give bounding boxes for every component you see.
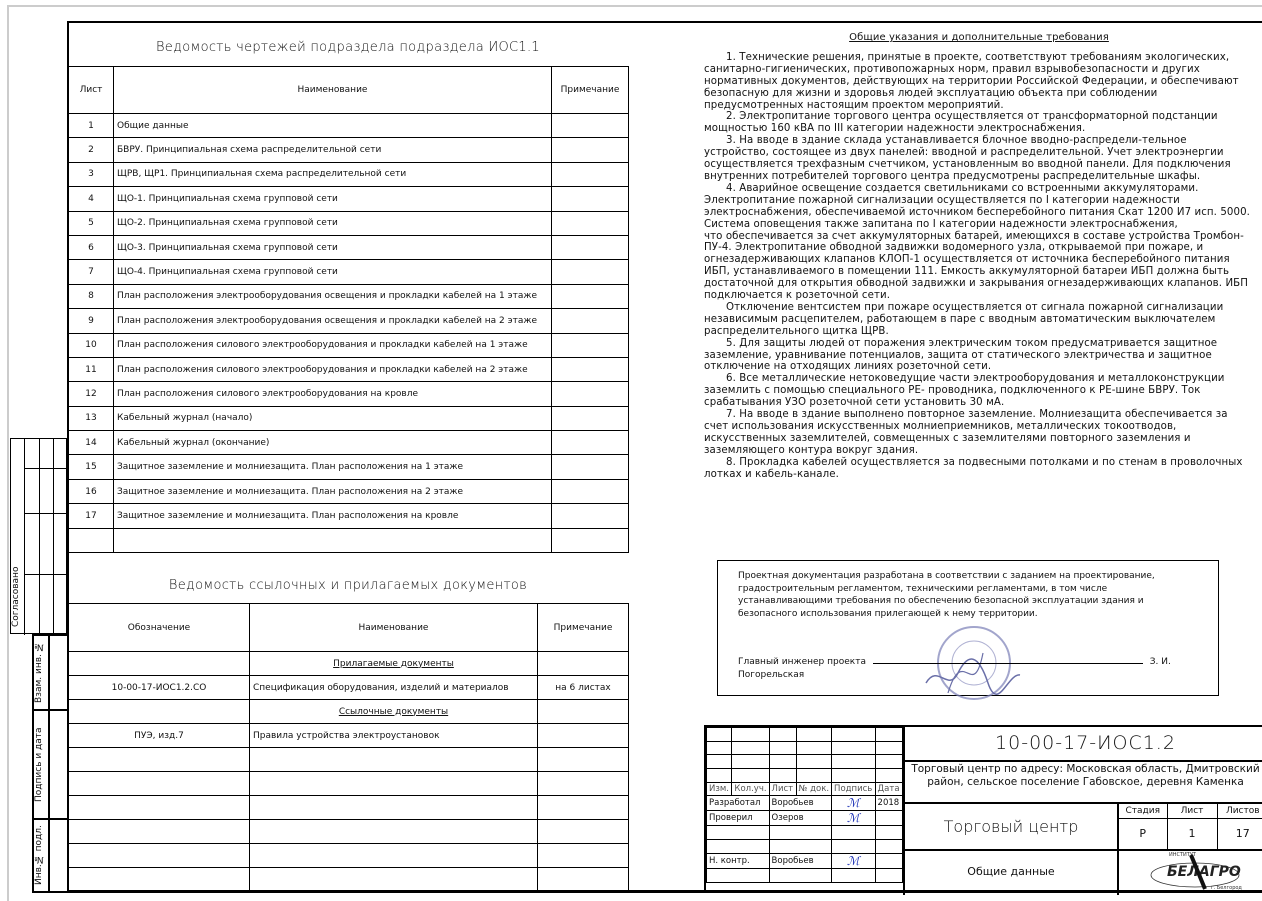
project-address: Торговый центр по адресу: Московская обл… bbox=[905, 760, 1262, 804]
doc-note bbox=[538, 700, 629, 724]
col-header-name: Наименование bbox=[114, 67, 552, 114]
sheet-number bbox=[69, 528, 114, 552]
sheet-number: 11 bbox=[69, 357, 114, 381]
signoff-date bbox=[875, 840, 902, 854]
drawing-note bbox=[552, 260, 629, 284]
doc-code bbox=[69, 844, 250, 868]
doc-code: 10-00-17-ИОС1.2.СО bbox=[69, 676, 250, 700]
drawing-note bbox=[552, 357, 629, 381]
drawing-note bbox=[552, 284, 629, 308]
sign-date-label: Подпись и дата bbox=[34, 711, 48, 818]
general-notes: Общие указания и дополнительные требован… bbox=[704, 32, 1254, 481]
revision-header: Кол.уч. bbox=[732, 782, 769, 796]
doc-note bbox=[538, 844, 629, 868]
drawing-note bbox=[552, 455, 629, 479]
signoff-name: Озеров bbox=[769, 811, 832, 826]
signoff-date bbox=[875, 853, 902, 868]
sheet-number: 14 bbox=[69, 431, 114, 455]
signoff-role: Н. контр. bbox=[707, 853, 770, 868]
table-row: Ссылочные документы bbox=[69, 700, 629, 724]
signoff-name: Воробьев bbox=[769, 796, 832, 811]
table-row: 14Кабельный журнал (окончание) bbox=[69, 431, 629, 455]
table-row: 13Кабельный журнал (начало) bbox=[69, 406, 629, 430]
signature-icon: ℳ bbox=[832, 811, 875, 826]
signature-cell bbox=[832, 826, 875, 840]
doc-note bbox=[538, 724, 629, 748]
svg-text:г. Белгород: г. Белгород bbox=[1211, 885, 1242, 891]
drawing-note bbox=[552, 382, 629, 406]
table-row: 2БВРУ. Принципиальная схема распределите… bbox=[69, 138, 629, 162]
doc-name bbox=[250, 748, 538, 772]
drawing-name: БВРУ. Принципиальная схема распределител… bbox=[114, 138, 552, 162]
sheet-number: 7 bbox=[69, 260, 114, 284]
table-row: 6ЩО-3. Принципиальная схема групповой се… bbox=[69, 235, 629, 259]
signoff-name bbox=[769, 826, 832, 840]
drawing-name: ЩО-3. Принципиальная схема групповой сет… bbox=[114, 235, 552, 259]
signoff-role bbox=[707, 826, 770, 840]
signoff-row: Н. контр.Воробьевℳ bbox=[707, 853, 903, 868]
drawing-note bbox=[552, 235, 629, 259]
table-row bbox=[69, 844, 629, 868]
doc-note bbox=[538, 748, 629, 772]
sheet-number: 16 bbox=[69, 479, 114, 503]
signoff-row: ПроверилОзеровℳ bbox=[707, 811, 903, 826]
table-row: 9План расположения электрооборудования о… bbox=[69, 309, 629, 333]
doc-code bbox=[69, 820, 250, 844]
table-row bbox=[69, 748, 629, 772]
drawing-name bbox=[114, 528, 552, 552]
side-stamp: Согласовано Взам. инв. № Подпись и дата … bbox=[10, 438, 67, 893]
doc-note: на 6 листах bbox=[538, 676, 629, 700]
table-row: ПУЭ, изд.7Правила устройства электроуста… bbox=[69, 724, 629, 748]
col-header-note: Примечание bbox=[538, 604, 629, 652]
signer-line: Главный инженер проекта З. И. Погорельск… bbox=[738, 656, 1218, 681]
title-block: Изм.Кол.уч.Лист№ док.ПодписьДатаРазработ… bbox=[704, 725, 1262, 893]
doc-note bbox=[538, 772, 629, 796]
object-name: Торговый центр bbox=[905, 804, 1117, 851]
signature-cell bbox=[832, 840, 875, 854]
note-paragraph: 3. На вводе в здание склада устанавливае… bbox=[704, 135, 1254, 183]
sheet-number: 1 bbox=[69, 114, 114, 138]
doc-name: Правила устройства электроустановок bbox=[250, 724, 538, 748]
signoff-date bbox=[875, 811, 902, 826]
sheet-number: 12 bbox=[69, 382, 114, 406]
revision-header: № док. bbox=[796, 782, 831, 796]
sheet-number: 15 bbox=[69, 455, 114, 479]
doc-note bbox=[538, 796, 629, 820]
revision-header: Дата bbox=[875, 782, 902, 796]
doc-code bbox=[69, 700, 250, 724]
signoff-name: Воробьев bbox=[769, 853, 832, 868]
doc-name bbox=[250, 820, 538, 844]
doc-code bbox=[69, 748, 250, 772]
drawing-name: Общие данные bbox=[114, 114, 552, 138]
drawing-name: План расположения силового электрооборуд… bbox=[114, 382, 552, 406]
doc-note bbox=[538, 820, 629, 844]
signoff-row: РазработалВоробьевℳ2018 bbox=[707, 796, 903, 811]
doc-note bbox=[538, 868, 629, 892]
table-row: 10-00-17-ИОС1.2.СОСпецификация оборудова… bbox=[69, 676, 629, 700]
table-row bbox=[69, 820, 629, 844]
company-logo: ИНСТИТУТ БЕЛАГРО г. Белгород bbox=[1117, 849, 1262, 895]
col-header-name: Наименование bbox=[250, 604, 538, 652]
doc-name bbox=[250, 796, 538, 820]
revision-table: Изм.Кол.уч.Лист№ док.ПодписьДатаРазработ… bbox=[706, 727, 903, 883]
table-row: 15Защитное заземление и молниезащита. Пл… bbox=[69, 455, 629, 479]
table-row bbox=[69, 796, 629, 820]
drawing-note bbox=[552, 162, 629, 186]
document-code: 10-00-17-ИОС1.2 bbox=[905, 727, 1262, 762]
note-paragraph: 4. Аварийное освещение создается светиль… bbox=[704, 183, 1254, 302]
inv-replace-label: Взам. инв. № bbox=[34, 636, 48, 709]
drawing-note bbox=[552, 309, 629, 333]
sheet-header: Лист bbox=[1167, 804, 1217, 818]
signoff-date bbox=[875, 826, 902, 840]
certification-text: Проектная документация разработана в соо… bbox=[738, 570, 1183, 620]
table-row: 10План расположения силового электрообор… bbox=[69, 333, 629, 357]
table-row: 16Защитное заземление и молниезащита. Пл… bbox=[69, 479, 629, 503]
sheets-header: Листов bbox=[1217, 804, 1262, 818]
drawing-name: Защитное заземление и молниезащита. План… bbox=[114, 455, 552, 479]
note-paragraph: 2. Электропитание торгового центра осуще… bbox=[704, 111, 1254, 135]
signoff-role bbox=[707, 840, 770, 854]
table-row: 12План расположения силового электрообор… bbox=[69, 382, 629, 406]
drawing-note bbox=[552, 333, 629, 357]
table-row: 11План расположения силового электрообор… bbox=[69, 357, 629, 381]
drawing-note bbox=[552, 504, 629, 528]
table-row: 7ЩО-4. Принципиальная схема групповой се… bbox=[69, 260, 629, 284]
col-header-sheet: Лист bbox=[69, 67, 114, 114]
drawing-name: ЩО-1. Принципиальная схема групповой сет… bbox=[114, 187, 552, 211]
table-row bbox=[69, 868, 629, 892]
drawings-list-title: Ведомость чертежей подраздела подраздела… bbox=[68, 40, 628, 55]
sheet-number: 2 bbox=[69, 138, 114, 162]
col-header-code: Обозначение bbox=[69, 604, 250, 652]
sheet-number: 17 bbox=[69, 504, 114, 528]
note-paragraph: 5. Для защиты людей от поражения электри… bbox=[704, 338, 1254, 374]
signoff-row bbox=[707, 826, 903, 840]
table-row bbox=[69, 528, 629, 552]
stage-table: Стадия Лист Листов Р 1 17 bbox=[1117, 804, 1262, 851]
table-row: 5ЩО-2. Принципиальная схема групповой се… bbox=[69, 211, 629, 235]
table-row: Прилагаемые документы bbox=[69, 652, 629, 676]
signoff-row bbox=[707, 840, 903, 854]
signoff-role: Разработал bbox=[707, 796, 770, 811]
agreed-label: Согласовано bbox=[11, 559, 24, 635]
revision-header-row: Изм.Кол.уч.Лист№ док.ПодписьДата bbox=[707, 782, 903, 796]
drawings-table: Лист Наименование Примечание 1Общие данн… bbox=[68, 66, 629, 553]
table-row: 3ЩРВ, ЩР1. Принципиальная схема распреде… bbox=[69, 162, 629, 186]
notes-title: Общие указания и дополнительные требован… bbox=[704, 32, 1254, 44]
references-list-title: Ведомость ссылочных и прилагаемых докуме… bbox=[68, 578, 628, 593]
table-row: 8План расположения электрооборудования о… bbox=[69, 284, 629, 308]
sheet-number: 6 bbox=[69, 235, 114, 259]
stage-value: Р bbox=[1119, 818, 1167, 849]
drawing-name: ЩО-4. Принципиальная схема групповой сет… bbox=[114, 260, 552, 284]
col-header-note: Примечание bbox=[552, 67, 629, 114]
table-row: 4ЩО-1. Принципиальная схема групповой се… bbox=[69, 187, 629, 211]
drawing-name: Защитное заземление и молниезащита. План… bbox=[114, 504, 552, 528]
section-heading: Ссылочные документы bbox=[250, 700, 538, 724]
sheet-number: 3 bbox=[69, 162, 114, 186]
sheet-number: 8 bbox=[69, 284, 114, 308]
drawing-note bbox=[552, 187, 629, 211]
sheet-title: Общие данные bbox=[905, 849, 1117, 895]
signoff-role: Проверил bbox=[707, 811, 770, 826]
note-paragraph: 8. Прокладка кабелей осуществляется за п… bbox=[704, 457, 1254, 481]
drawing-name: План расположения электрооборудования ос… bbox=[114, 309, 552, 333]
signoff-name bbox=[769, 840, 832, 854]
signer-role: Главный инженер проекта bbox=[738, 657, 866, 667]
drawing-note bbox=[552, 406, 629, 430]
sheet-value: 1 bbox=[1167, 818, 1217, 849]
sheet-number: 10 bbox=[69, 333, 114, 357]
doc-name: Спецификация оборудования, изделий и мат… bbox=[250, 676, 538, 700]
note-paragraph: 6. Все металлические нетоковедущие части… bbox=[704, 373, 1254, 409]
doc-code: ПУЭ, изд.7 bbox=[69, 724, 250, 748]
drawing-note bbox=[552, 431, 629, 455]
drawing-name: Кабельный журнал (начало) bbox=[114, 406, 552, 430]
doc-code bbox=[69, 796, 250, 820]
inv-orig-label: Инв.№ подл. bbox=[34, 820, 48, 891]
note-paragraph: 1. Технические решения, принятые в проек… bbox=[704, 52, 1254, 112]
table-row: 17Защитное заземление и молниезащита. Пл… bbox=[69, 504, 629, 528]
drawing-note bbox=[552, 138, 629, 162]
signature-icon: ℳ bbox=[832, 853, 875, 868]
sheet-number: 9 bbox=[69, 309, 114, 333]
agreed-block: Согласовано bbox=[10, 438, 67, 634]
doc-code bbox=[69, 772, 250, 796]
signoff-date: 2018 bbox=[875, 796, 902, 811]
table-row: 1Общие данные bbox=[69, 114, 629, 138]
note-paragraph: Отключение вентсистем при пожаре осущест… bbox=[704, 302, 1254, 338]
revision-header: Подпись bbox=[832, 782, 875, 796]
doc-code bbox=[69, 868, 250, 892]
table-row bbox=[69, 772, 629, 796]
drawing-note bbox=[552, 479, 629, 503]
doc-name bbox=[250, 844, 538, 868]
drawing-name: ЩО-2. Принципиальная схема групповой сет… bbox=[114, 211, 552, 235]
drawing-name: План расположения силового электрооборуд… bbox=[114, 333, 552, 357]
revision-header: Лист bbox=[769, 782, 796, 796]
sheet-number: 4 bbox=[69, 187, 114, 211]
inventory-block: Взам. инв. № Подпись и дата Инв.№ подл. bbox=[32, 634, 67, 893]
drawing-note bbox=[552, 528, 629, 552]
doc-name bbox=[250, 772, 538, 796]
sheet-number: 5 bbox=[69, 211, 114, 235]
note-paragraph: 7. На вводе в здание выполнено повторное… bbox=[704, 409, 1254, 457]
references-table: Обозначение Наименование Примечание Прил… bbox=[68, 603, 629, 892]
drawing-name: План расположения силового электрооборуд… bbox=[114, 357, 552, 381]
drawing-name: План расположения электрооборудования ос… bbox=[114, 284, 552, 308]
drawing-name: Кабельный журнал (окончание) bbox=[114, 431, 552, 455]
svg-text:БЕЛАГРО: БЕЛАГРО bbox=[1167, 864, 1241, 880]
doc-name bbox=[250, 868, 538, 892]
stage-header: Стадия bbox=[1119, 804, 1167, 818]
section-heading: Прилагаемые документы bbox=[250, 652, 538, 676]
sheet-number: 13 bbox=[69, 406, 114, 430]
drawing-note bbox=[552, 114, 629, 138]
sheets-value: 17 bbox=[1217, 818, 1262, 849]
drawing-note bbox=[552, 211, 629, 235]
doc-note bbox=[538, 652, 629, 676]
drawing-name: ЩРВ, ЩР1. Принципиальная схема распредел… bbox=[114, 162, 552, 186]
revision-header: Изм. bbox=[707, 782, 732, 796]
signature-icon: ℳ bbox=[832, 796, 875, 811]
doc-code bbox=[69, 652, 250, 676]
drawing-name: Защитное заземление и молниезащита. План… bbox=[114, 479, 552, 503]
certification-box: Проектная документация разработана в соо… bbox=[717, 560, 1219, 696]
